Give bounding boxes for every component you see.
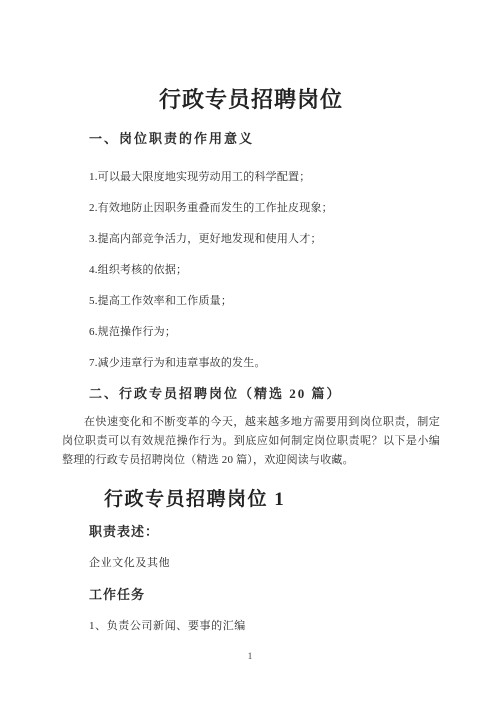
list-item: 1.可以最大限度地实现劳动用工的科学配置； [89,168,440,186]
document-page: 行政专员招聘岗位 一、岗位职责的作用意义 1.可以最大限度地实现劳动用工的科学配… [0,0,500,707]
list-item: 2.有效地防止因职务重叠而发生的工作扯皮现象； [89,199,440,217]
section2-heading: 二、行政专员招聘岗位（精选 20 篇） [89,385,440,403]
intro-paragraph: 在快速变化和不断变革的今天，越来越多地方需要用到岗位职责，制定岗位职责可以有效规… [62,413,440,470]
list-item: 3.提高内部竞争活力，更好地发现和使用人才； [89,230,440,248]
section1-heading: 一、岗位职责的作用意义 [89,130,440,148]
duty-label: 职责表述： [89,523,440,541]
document-title: 行政专员招聘岗位 [62,84,440,116]
list-item: 6.规范操作行为； [89,323,440,341]
post1-heading: 行政专员招聘岗位 1 [104,488,440,512]
page-number: 1 [0,650,500,664]
duty-value: 企业文化及其他 [89,554,440,572]
list-item: 7.减少违章行为和违章事故的发生。 [89,354,440,372]
document-content: 行政专员招聘岗位 一、岗位职责的作用意义 1.可以最大限度地实现劳动用工的科学配… [62,0,440,635]
task-item: 1、负责公司新闻、要事的汇编 [89,617,440,635]
tasks-label: 工作任务 [89,586,440,604]
list-item: 5.提高工作效率和工作质量； [89,292,440,310]
list-item: 4.组织考核的依据； [89,261,440,279]
